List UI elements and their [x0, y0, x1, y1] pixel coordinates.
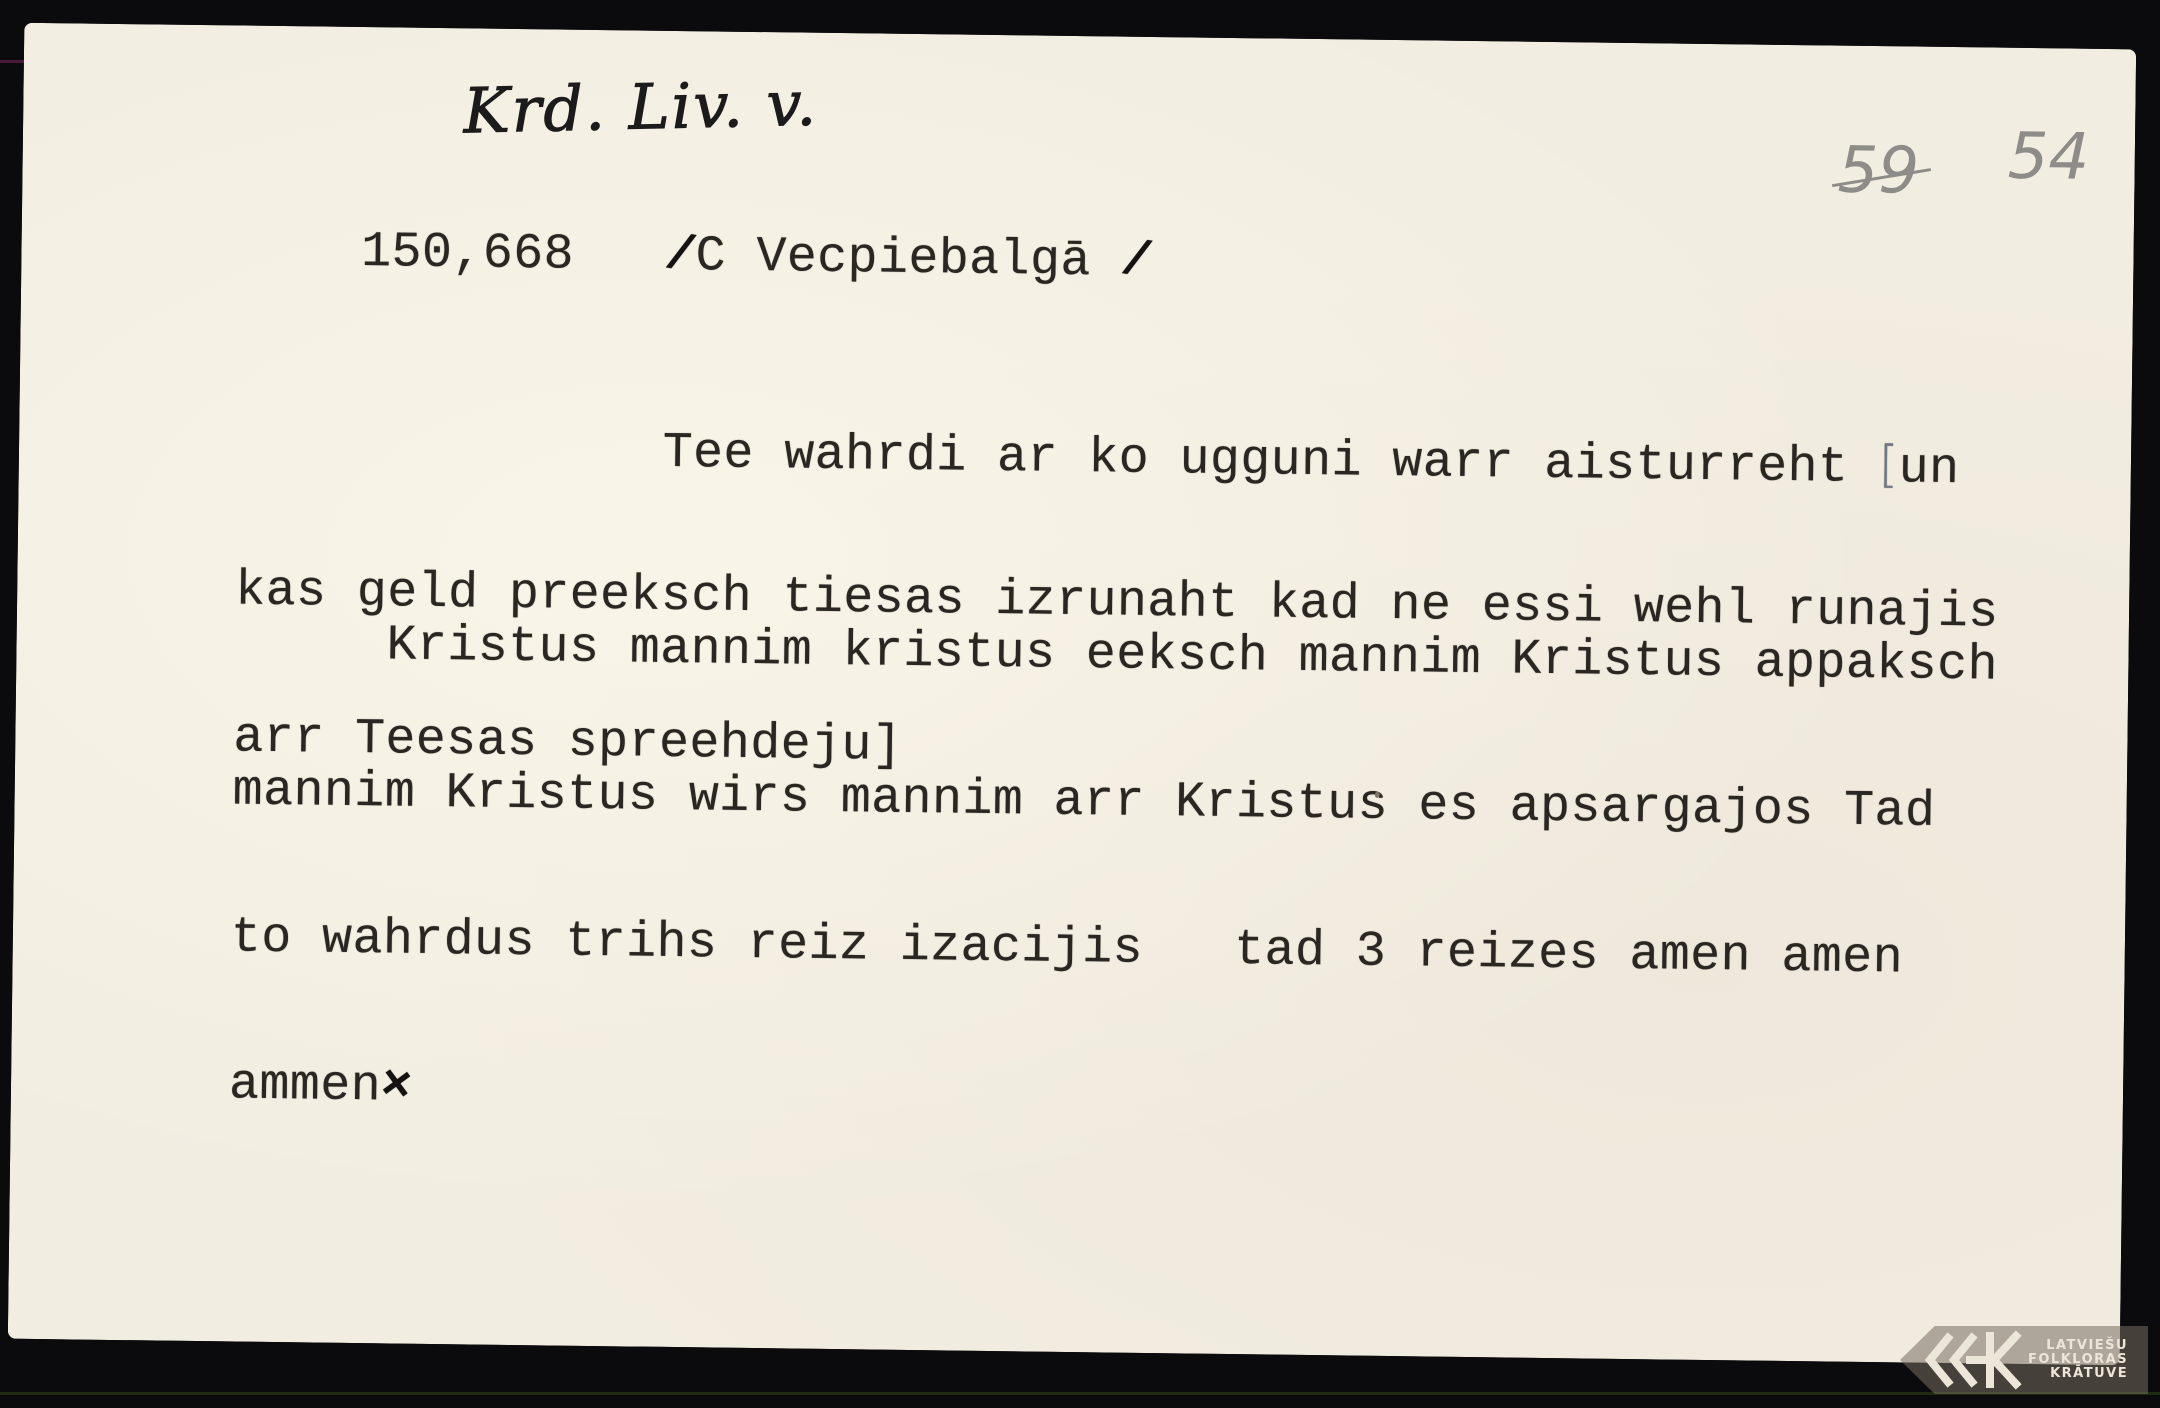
- pencil-number-struck: 59: [1837, 134, 1919, 209]
- handwritten-note: Krd. Liv. v.: [463, 67, 819, 148]
- logo-line-2: FOLKLORAS: [2028, 1353, 2128, 1367]
- logo-text: LATVIEŠU FOLKLORAS KRĀTUVE: [2028, 1339, 2128, 1381]
- paragraph-1-line-tail: un: [1898, 440, 1960, 498]
- bracket-open-mark: [: [1878, 435, 1899, 493]
- lfk-logo-icon: [1922, 1330, 2022, 1390]
- paragraph-1-line-text: Tee wahrdi ar ko ugguni warr aisturreht: [237, 419, 1879, 497]
- paragraph-2-line: to wahrdus trihs reiz izacijis tad 3 rei…: [231, 913, 1995, 984]
- slash-marker-open: /: [662, 230, 699, 283]
- paper-speck: [1375, 792, 1380, 798]
- archive-logo: LATVIEŠU FOLKLORAS KRĀTUVE: [1900, 1326, 2148, 1394]
- index-card: Krd. Liv. v. 59 54 150,668 /C Vecpiebalg…: [8, 23, 2136, 1365]
- paragraph-2-line-text: ammen: [229, 1056, 382, 1115]
- logo-line-1: LATVIEŠU: [2028, 1339, 2128, 1353]
- paragraph-2-line: mannim Kristus wirs mannim arr Kristus e…: [232, 766, 1996, 837]
- slash-marker-close: /: [1118, 236, 1155, 289]
- paragraph-2: Kristus mannim kristus eeksch mannim Kri…: [227, 521, 1999, 1229]
- record-location: C Vecpiebalgā: [695, 228, 1091, 290]
- logo-line-3: KRĀTUVE: [2028, 1367, 2128, 1381]
- end-marker: ×: [378, 1061, 415, 1114]
- card-header: 150,668 /C Vecpiebalgā /: [239, 178, 1153, 336]
- scan-edge-line: [0, 1392, 2160, 1395]
- paragraph-2-line: ammen×: [229, 1060, 1993, 1131]
- pencil-number-current: 54: [2007, 120, 2089, 195]
- paragraph-1-line: Tee wahrdi ar ko ugguni warr aisturreht …: [237, 419, 2001, 490]
- record-number: 150,668: [361, 224, 575, 284]
- paragraph-2-line: Kristus mannim kristus eeksch mannim Kri…: [234, 619, 1998, 690]
